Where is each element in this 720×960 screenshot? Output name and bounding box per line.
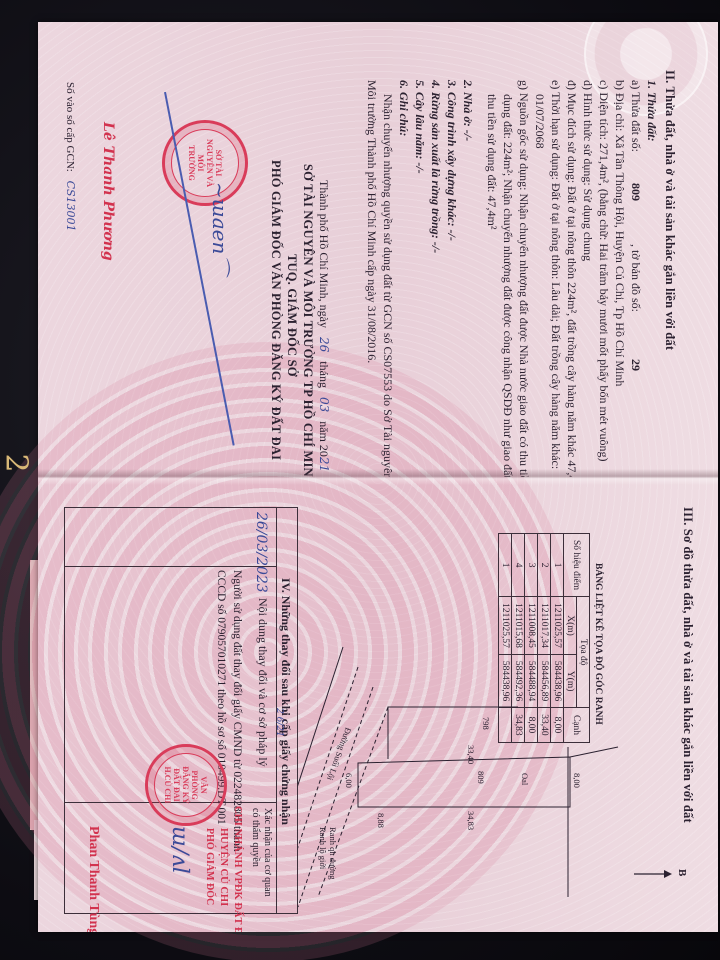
section-ii-title: II. Thửa đất, nhà ở và tài sản khác gắn …	[662, 70, 678, 350]
notes-heading: 6. Ghi chú:	[396, 80, 412, 136]
change-date: 26/03/2023	[253, 512, 269, 593]
branch-name: CHI NHÁNH VPĐK ĐẤT ĐAI	[229, 806, 245, 932]
deputy-title: PHÓ GIÁM ĐỐC	[201, 828, 217, 905]
register-number-line: Số vào sổ cấp GCN: CS13001	[62, 82, 78, 232]
section-iv-title: IV. Những thay đổi sau khi cấp giấy chứn…	[278, 578, 294, 825]
usage-purpose: đ) Mục đích sử dụng: Đất ở tại nông thôn…	[564, 80, 580, 477]
page-section-iii-iv: III. Sơ đồ thửa đất, nhà ở và tài sản kh…	[38, 477, 718, 932]
parcel-row: a) Thửa đất số: 809 , tờ bản đồ số: 29	[628, 80, 644, 371]
term-date: 01/07/2068	[532, 94, 548, 149]
map-sheet-number: 29	[629, 359, 643, 371]
signer-name: Lê Thanh Phương	[100, 122, 116, 261]
branch-stamp-icon: VĂN PHÒNG ĐĂNG KÝ ĐẤT ĐAI H.CỦ CHI	[145, 744, 227, 826]
confirmation-header: Xác nhận của cơ quan có thẩm quyền	[249, 808, 273, 908]
area: c) Diện tích: 271,4m², (bằng chữ: Hai tr…	[596, 80, 612, 462]
origin-line-1: g) Nguồn gốc sử dụng: Nhận chuyển nhượng…	[516, 80, 532, 477]
address: b) Địa chỉ: Xã Tân Thông Hội, Huyện Củ C…	[612, 80, 628, 386]
usage-form: d) Hình thức sử dụng: Sử dụng chung	[580, 80, 596, 261]
parcel-number: 809	[629, 183, 643, 201]
notes-line-1: Nhận chuyển nhượng quyền sử dụng đất từ …	[380, 94, 396, 477]
land-heading: 1. Thửa đất:	[644, 80, 660, 142]
page-section-ii: II. Thửa đất, nhà ở và tài sản khác gắn …	[38, 22, 718, 477]
sketch-edge-bottom: 6,00	[344, 773, 354, 788]
branch-signature: ɯ/ʌl	[171, 826, 187, 874]
sketch-other-label: Oal	[520, 773, 530, 786]
branch-district: HUYỆN CỦ CHI	[215, 828, 231, 906]
sketch-edge-right: 34,83	[466, 811, 476, 830]
sketch-road-boundary: Ranh qh đường	[328, 827, 338, 880]
change-content-header: Nội dung thay đổi và cơ sở pháp lý	[255, 598, 271, 767]
land-certificate-spread: II. Thửa đất, nhà ở và tài sản khác gắn …	[38, 22, 718, 932]
origin-line-3: thu tiền sử dụng đất: 47,4m²	[484, 94, 500, 229]
signer-position: PHÓ GIÁM ĐỐC VĂN PHÒNG ĐĂNG KÝ ĐẤT ĐAI	[268, 160, 284, 460]
section-iv-changes-table: IV. Những thay đổi sau khi cấp giấy chứn…	[64, 507, 298, 914]
photo-background: II. Thửa đất, nhà ở và tài sản khác gắn …	[0, 0, 720, 960]
register-number: CS13001	[64, 181, 77, 232]
sketch-parcel-no: 809	[476, 771, 486, 784]
issue-day: 26	[317, 337, 331, 352]
margin-note: 2 6/21	[271, 708, 287, 737]
usage-term: e) Thời hạn sử dụng: Đất ở tại nông thôn…	[548, 80, 564, 469]
sketch-neighbor: 798	[481, 717, 491, 730]
sketch-edge-top: 8,00	[572, 773, 582, 788]
sketch-edge-left: 33,40	[466, 745, 476, 764]
map-sheet-label: , tờ bản đồ số:	[629, 244, 643, 312]
issue-date-line: Thành phố Hồ Chí Minh, ngày 26 tháng 03 …	[316, 180, 332, 472]
sketch-area-label: 8,88	[376, 813, 386, 828]
notes-line-2: Môi trường Thành phố Hồ Chí Minh cấp ngà…	[364, 80, 380, 363]
background-cover-glyph: 2	[8, 453, 24, 472]
planted-forest: 4. Rừng sản xuất là rừng trồng: -/-	[428, 80, 444, 253]
perennial-trees: 5. Cây lâu năm: -/-	[412, 80, 428, 174]
sketch-road-setback: Ranh lộ giới	[318, 827, 328, 870]
official-stamp-icon: SỞ TÀI NGUYÊN VÀ MÔI TRƯỜNG	[162, 120, 248, 206]
issuing-authority: SỞ TÀI NGUYÊN VÀ MÔI TRƯỜNG TP HỒ CHÍ MI…	[300, 164, 316, 477]
on-behalf-of: TUQ. GIÁM ĐỐC SỞ	[284, 254, 300, 377]
parcel-sketch-diagram: 809 Oal 798 8,00 33,40 34,83 6,00 8,88 R…	[298, 477, 718, 932]
branch-signer-name: Phan Thanh Tùng	[85, 826, 101, 932]
parcel-label: a) Thửa đất số:	[629, 80, 643, 152]
handwritten-signature: ~ɯaen⌒	[212, 182, 228, 274]
issue-month: 03	[317, 397, 331, 412]
other-construction: 3. Công trình xây dựng khác: -/-	[444, 80, 460, 241]
house: 2. Nhà ở: -/-	[460, 80, 476, 141]
origin-line-2: dụng đất: 224m²; Nhận chuyển nhượng đất …	[500, 94, 516, 477]
